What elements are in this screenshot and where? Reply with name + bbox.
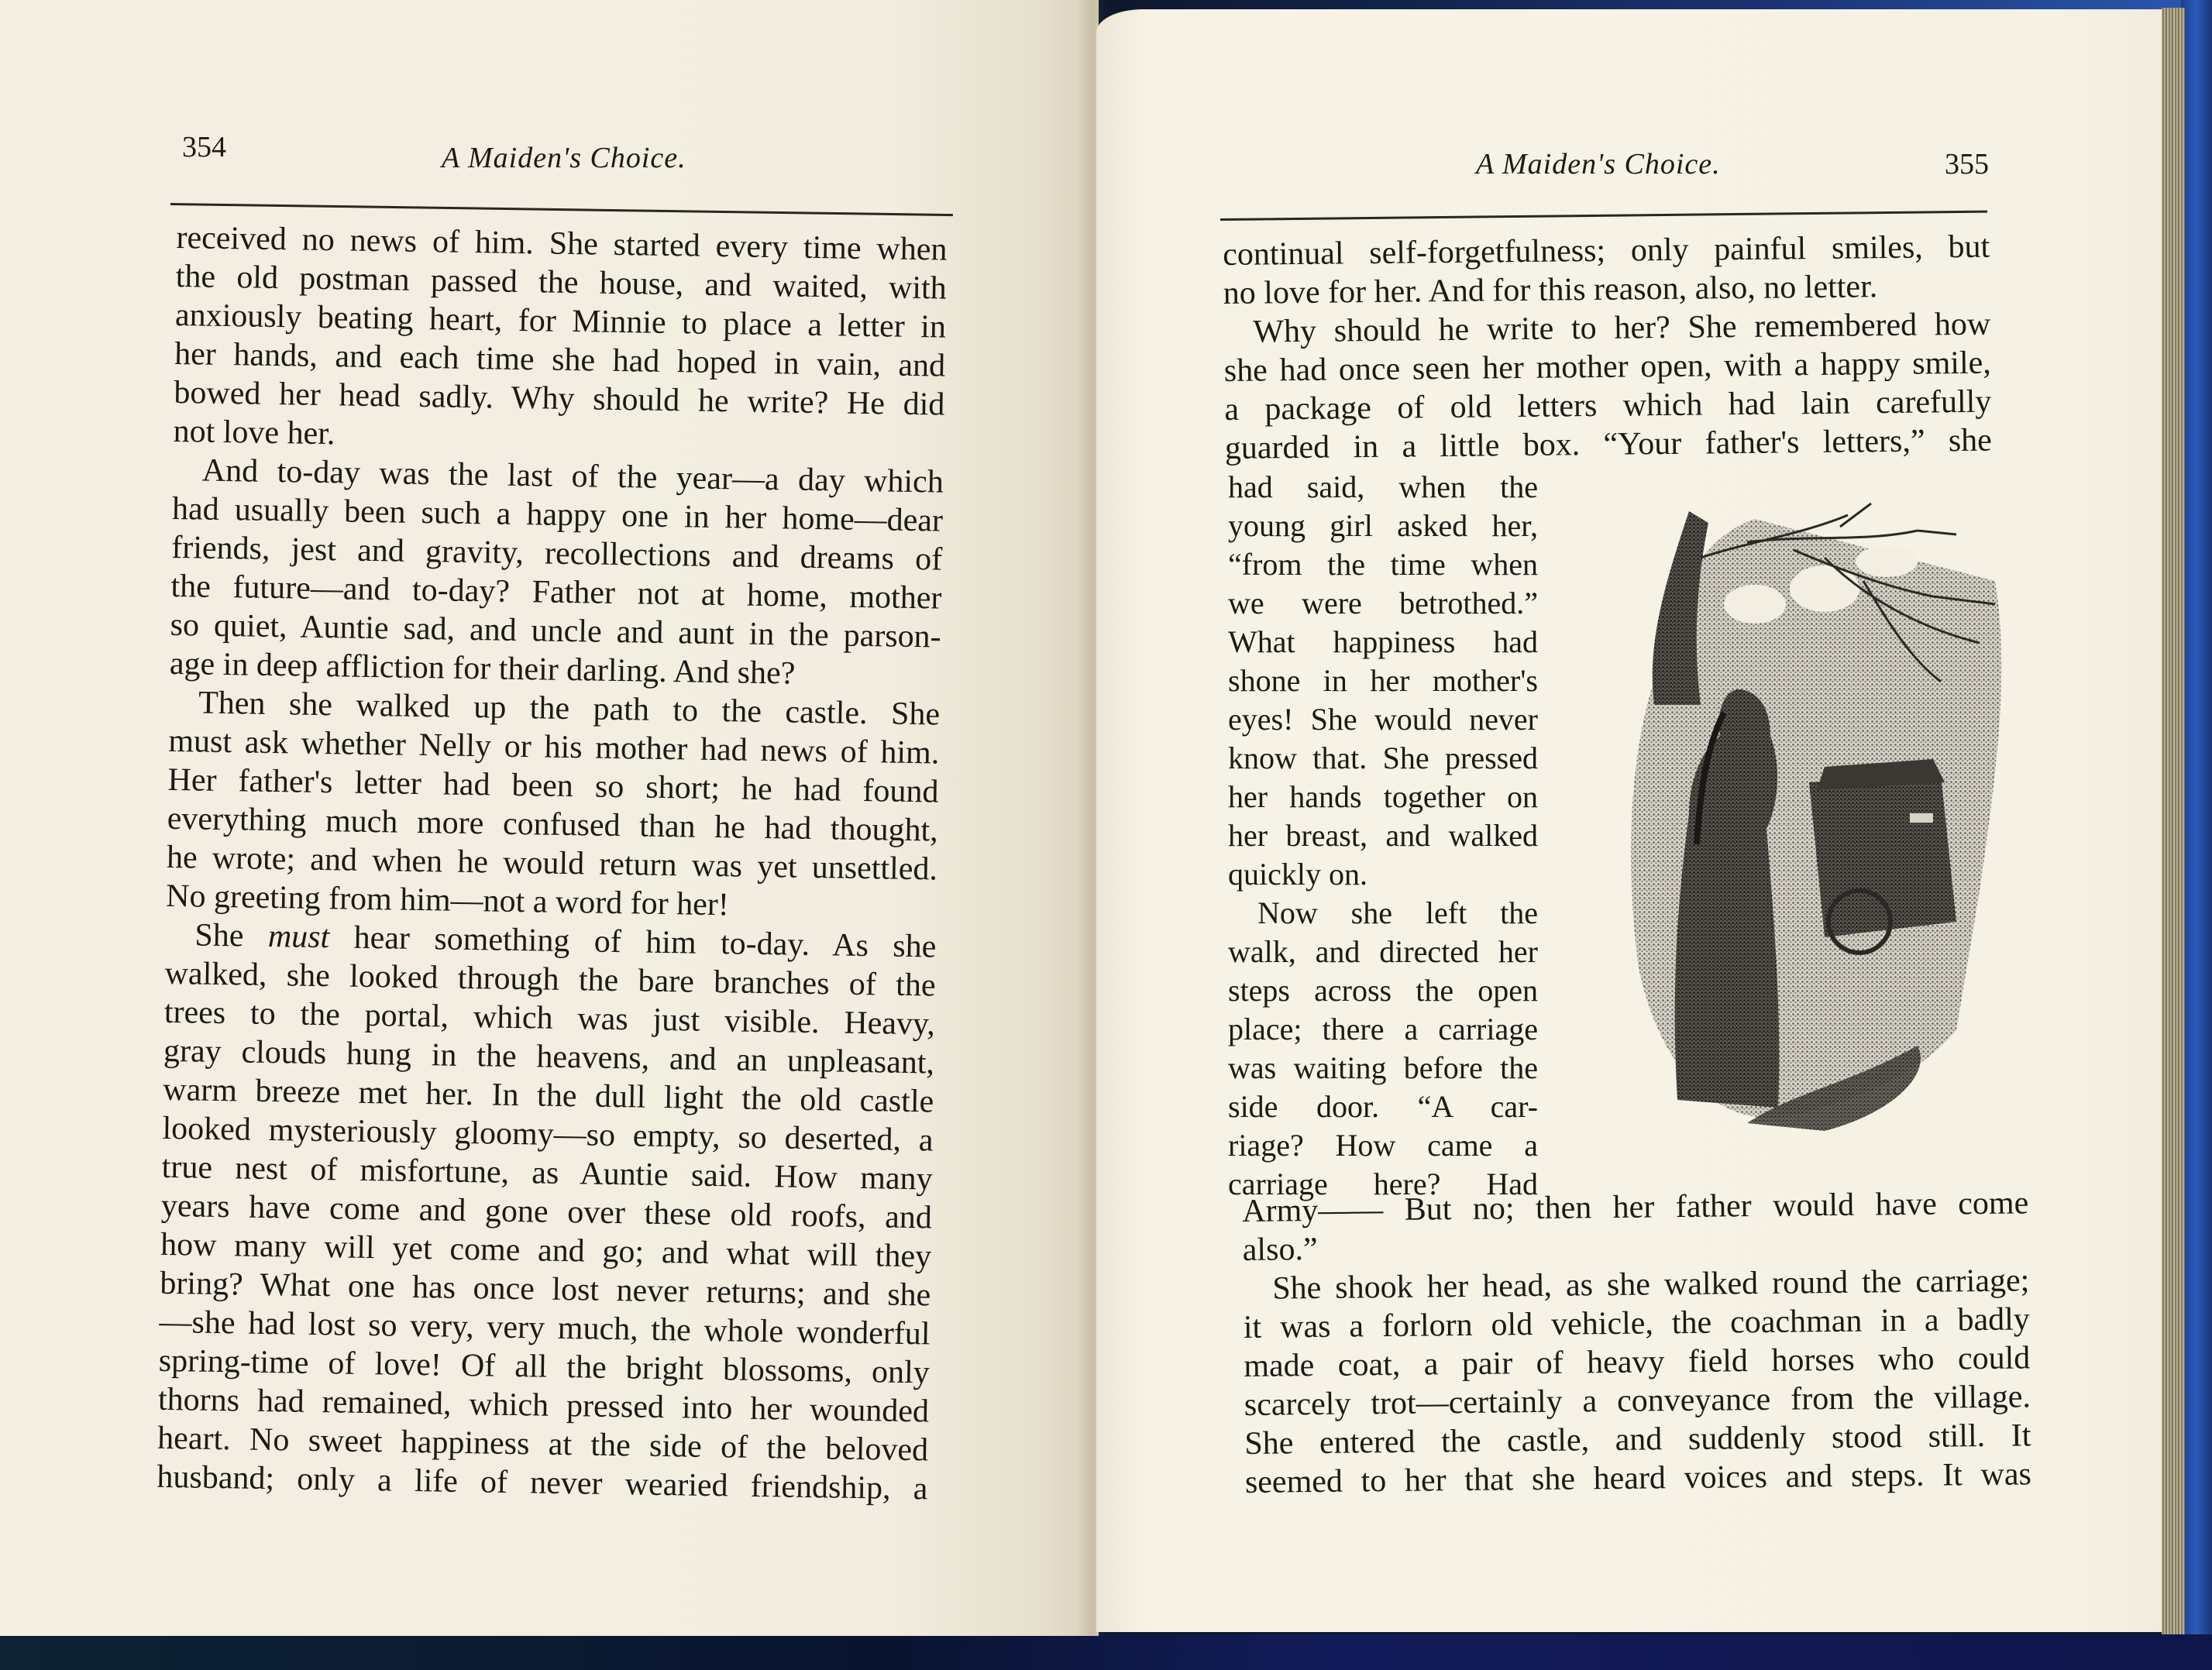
text-line: eyes! She would never bbox=[1228, 700, 1538, 739]
text-line: her hands together on bbox=[1228, 778, 1538, 816]
running-title-right: A Maiden's Choice. bbox=[1476, 147, 1721, 181]
text-line: Now she left the bbox=[1228, 894, 1538, 933]
text-line: place; there a carriage bbox=[1228, 1010, 1538, 1049]
text-line: know that. She pressed bbox=[1228, 739, 1538, 778]
right-page-body-top: continual self-forgetfulness; only painf… bbox=[1223, 228, 1992, 468]
text-line: “from the time when bbox=[1228, 545, 1538, 584]
text-line: young girl asked her, bbox=[1228, 507, 1538, 545]
text-line: was waiting before the bbox=[1228, 1049, 1538, 1088]
left-page: 354 A Maiden's Choice. received no news … bbox=[0, 0, 1099, 1636]
text-line: side door. “A car- bbox=[1228, 1088, 1538, 1126]
book-cover-right-edge bbox=[2181, 0, 2212, 1670]
page-number-left: 354 bbox=[182, 130, 226, 164]
text-line: her breast, and walked bbox=[1228, 816, 1538, 855]
illustration-girl-and-carriage bbox=[1592, 488, 2030, 1170]
book-cover-bottom-edge bbox=[0, 1634, 2212, 1670]
text-line: had said, when the bbox=[1228, 468, 1538, 507]
text-line: What happiness had bbox=[1228, 623, 1538, 661]
emphasis: must bbox=[268, 919, 330, 955]
page-number-right: 355 bbox=[1945, 147, 1989, 181]
left-page-body: received no news of him. She started eve… bbox=[157, 218, 948, 1508]
running-title-left: A Maiden's Choice. bbox=[442, 141, 686, 175]
page-block-edges bbox=[2162, 8, 2185, 1634]
text-line: steps across the open bbox=[1228, 971, 1538, 1010]
header-rule-right bbox=[1220, 211, 1987, 221]
text-line: Army—— But no; then her father would hav… bbox=[1242, 1184, 2028, 1231]
right-page-body-bottom: Army—— But no; then her father would hav… bbox=[1242, 1184, 2031, 1502]
text-line: seemed to her that she heard voices and … bbox=[1245, 1455, 2031, 1502]
text-line: shone in her mother's bbox=[1228, 661, 1538, 700]
header-rule-left bbox=[170, 203, 953, 216]
text-line: guarded in a little box. “Your father's … bbox=[1225, 421, 1992, 468]
text-line: we were betrothed.” bbox=[1228, 584, 1538, 623]
text-line: quickly on. bbox=[1228, 855, 1538, 894]
text-line: walk, and directed her bbox=[1228, 933, 1538, 971]
engraving-icon bbox=[1592, 488, 2030, 1170]
right-page-body-wrap: had said, when theyoung girl asked her,“… bbox=[1228, 468, 1538, 1204]
text-line: riage? How came a bbox=[1228, 1126, 1538, 1165]
